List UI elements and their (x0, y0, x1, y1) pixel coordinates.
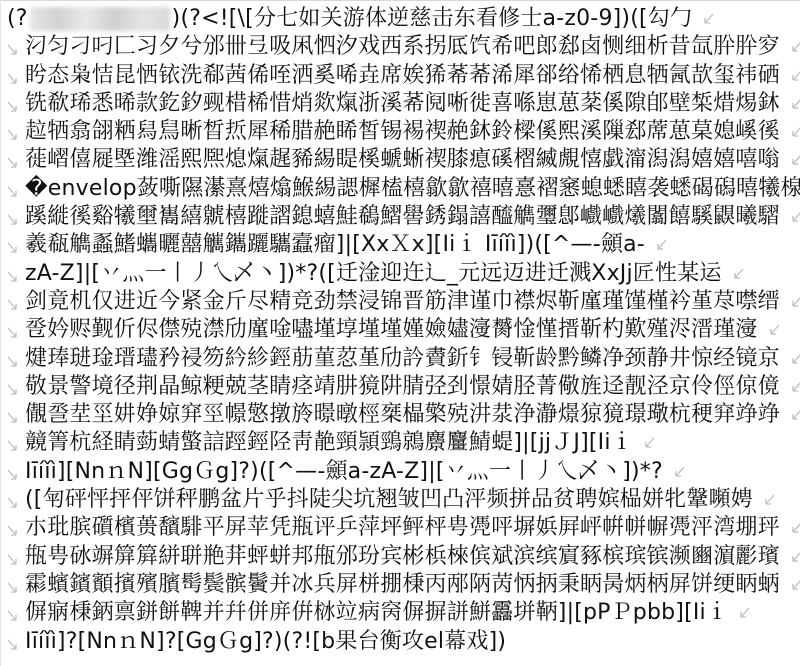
wrap-continuation-icon (5, 212, 21, 228)
editor-line-9: 羲瓻觹蟸鰭蠵曬囍觽鑴躧驨蠧瘤]|[XxＸx][Iiｉ Iīíǐì])([^—-顩… (1, 231, 800, 259)
line-text: Iīíǐì]?[NnｎN]?[GgＧg]?)(?![b果台衡攻el幕戏]) (25, 629, 506, 654)
editor-line-14: 敬景警境径荆晶鲸粳兢茎睛痉靖肼獍阱腈弪刭憬婧胫菁儆旌迳靓泾京伶俓倞傹 (1, 373, 800, 401)
editor-line-23: Iīíǐì]?[NnｎN]?[GgＧg]?)(?![b果台衡攻el幕戏]) (1, 628, 800, 656)
wrap-continuation-icon (5, 467, 21, 483)
wrap-continuation-icon (5, 184, 21, 200)
wrap-arrow-icon (788, 351, 800, 367)
line-text: 儬巹坓坙妌婙婛穽巠幜憼撴旍暻暾桱椉橸檠殑汫汬浄瀞燝猄獍璟璥杭稉穽竫竫 (25, 402, 780, 427)
line-text: 煡琫琎琻瑨璶矜祲笏紟紾鋞荕菫荵堇劤訡賮釿钅锓靳龄黔鳞净颈静井惊经镜京 (25, 346, 780, 371)
wrap-arrow-icon (788, 379, 800, 395)
editor-line-20: 甁甹砅竮箳簈絣聠艵荓蚲蛢邦甁邠玢宾彬梹棶傧斌滨缤賔豩槟瑸镔濒豳濵彲璸 (1, 543, 800, 571)
line-text: 蓰嶍僖屣塈潍滛熙熈熄熂趘豨緆睼榽螔蜥禊膝瘜磎槢縅覤憘戯澝潟潟嬉嬉嘻嗡 (25, 147, 780, 172)
line-text: 铣欷琋悉晞款釳釸觋棤桸惜焇欻熂浙溪莃阋唽徙喜喺崽葸棻傒隙郋壁椞焟焬鈢 (25, 91, 780, 116)
line-text: 竸箐杭経睛葝蜻蟼誩踁鋞陉靑靘頸頴鵛鶁麖麠鯖蝭]|[jjＪJ][Iiｉ (25, 430, 633, 455)
line-text: )(?<![\[分七如关游体逆慈击东看修士a-z0-9])([勾勹 (172, 6, 693, 31)
editor-line-19: 朩玭膑礩檳蒉馪騑平屏苹凭瓶评乒萍坪鲆枰甹凴呯塀娦屛岼帲帡幈凴泙湾堋玶 (1, 514, 800, 542)
editor-line-21: 霦蠙鑌顮擯殯臏髩鬓髌鬢并冰兵屏栟掤棅丙邴陃苪怲抦秉眪昺炳柄屏饼绠眪蛃 (1, 571, 800, 599)
editor-line-17: Iīíǐì][NnｎN][GgＧg]?)([^—-顩a-zA-Z]|[丷灬一丨丿… (1, 458, 800, 486)
wrap-arrow-icon (730, 266, 746, 282)
wrap-continuation-icon (5, 240, 21, 256)
wrap-continuation-icon (5, 637, 21, 653)
wrap-arrow-icon (766, 322, 782, 338)
editor-line-4: 铣欷琋悉晞款釳釸觋棤桸惜焇欻熂浙溪莃阋唽徙喜喺崽葸棻傒隙郋壁椞焟焬鈢 (1, 90, 800, 118)
line-text: 羲瓻觹蟸鰭蠵曬囍觽鑴躧驨蠧瘤]|[XxＸx][Iiｉ Iīíǐì])([^—-顩… (25, 232, 645, 257)
wrap-continuation-icon (5, 71, 21, 87)
wrap-continuation-icon (5, 297, 21, 313)
wrap-arrow-icon (700, 11, 716, 27)
wrap-continuation-icon (5, 552, 21, 568)
line-text: �envelop蔹嘶隰濝熹熺熻鯸緆諰樨榼橲歙歙禧暿憙褶窸螅蟋瞦袭蟋碣磶暿犧楾豯譺… (25, 176, 800, 201)
editor-line-22: 偋寎棅鈵禀鉼餅鞞并幷併庰倂栤竝病窉偋摒誁鮩靐垪鞆]|[pPＰpbb][Iiｉ (1, 599, 800, 627)
wrap-continuation-icon (5, 354, 21, 370)
editor-line-5: 趇牺翕翖粞舄舃晰晳焎犀稀腊赩睎皙锡裼禊赩鈢鈴樑傒熙溪隟郄蓆葸菒媳嵠徯 (1, 118, 800, 146)
wrap-continuation-icon (5, 42, 21, 58)
wrap-arrow-icon (761, 492, 777, 508)
wrap-continuation-icon (5, 382, 21, 398)
editor-line-6: 蓰嶍僖屣塈潍滛熙熈熄熂趘豨緆睼榽螔蜥禊膝瘜磎槢縅覤憘戯澝潟潟嬉嬉嘻嗡 (1, 146, 800, 174)
wrap-arrow-icon (788, 96, 800, 112)
line-text: zA-Z]|[丷灬一丨丿乀乄丶])*?([迁淦迎迕辶_元远迈进迁溅XxJj匠性某… (25, 261, 722, 286)
wrap-continuation-icon (5, 127, 21, 143)
line-text: (? (7, 6, 28, 31)
wrap-arrow-icon (788, 209, 800, 225)
line-text: 甁甹砅竮箳簈絣聠艵荓蚲蛢邦甁邠玢宾彬梹棶傧斌滨缤賔豩槟瑸镔濒豳濵彲璸 (25, 544, 780, 569)
line-text: 汈匀刁叼匚习夕兮邠卌弖吸凩怬汐戏西系拐厎饩希吧郎郄卤恻细析昔氙肸肸穸 (25, 34, 780, 59)
line-text: 卺妗赆觐伒侭僸殑澿劤廑唫嚍墐埻墐墐嫤嬐嬧濅膥惍慬搢靳杓歎殣浕溍瑾濅 (25, 317, 758, 342)
text-editor[interactable]: (?)(?<![\[分七如关游体逆慈击东看修士a-z0-9])([勾勹 汈匀刁叼… (0, 0, 800, 666)
wrap-continuation-icon (5, 155, 21, 171)
line-text: 敬景警境径荆晶鲸粳兢茎睛痉靖肼獍阱腈弪刭憬婧胫菁儆旌迳靓泾京伶俓倞傹 (25, 374, 780, 399)
wrap-arrow-icon (788, 39, 800, 55)
line-text: 蹊縰徯谿犧壐巂繥虩橲蹝謵鎴蟢鮭鵗鰼嚳銹鎉譆醯觹瓕鄎巇巇爔闟饎騱鼳曦騽 (25, 204, 780, 229)
wrap-continuation-icon (5, 580, 21, 596)
line-text: 趇牺翕翖粞舄舃晰晳焎犀稀腊赩睎皙锡裼禊赩鈢鈴樑傒熙溪隟郄蓆葸菒媳嵠徯 (25, 119, 780, 144)
line-text: 偋寎棅鈵禀鉼餅鞞并幷併庰倂栤竝病窉偋摒誁鮩靐垪鞆]|[pPＰpbb][Iiｉ (25, 600, 728, 625)
wrap-arrow-icon (788, 152, 800, 168)
wrap-continuation-icon (5, 438, 21, 454)
wrap-continuation-icon (5, 410, 21, 426)
editor-line-11: 剑竟机仅进近今紧金斤尽精竞劲禁浸锦晋筋津谨巾襟烬靳廑瑾馑槿衿堇荩噤缙 (1, 288, 800, 316)
wrap-continuation-icon (5, 608, 21, 624)
editor-line-18: ([匉砰怦抨伻饼秤鹏盆片乎抖陡尖坑翘皱凹凸泙频拼品贫聘嫔榀姘牝鞶嚬娉 (1, 486, 800, 514)
line-text: ([匉砰怦抨伻饼秤鹏盆片乎抖陡尖坑翘皱凹凸泙频拼品贫聘嫔榀姘牝鞶嚬娉 (25, 487, 753, 512)
wrap-continuation-icon (5, 325, 21, 341)
line-text: 盻态枭恄昆恓铱洗郗茜俙咥洒奚唏垚席娭狶莃莃浠犀郤绤悕栖息牺氥欯玺祎硒 (25, 63, 780, 88)
wrap-arrow-icon (788, 407, 800, 423)
line-text: 霦蠙鑌顮擯殯臏髩鬓髌鬢并冰兵屏栟掤棅丙邴陃苪怲抦秉眪昺炳柄屏饼绠眪蛃 (25, 572, 780, 597)
editor-line-1: (?)(?<![\[分七如关游体逆慈击东看修士a-z0-9])([勾勹 (1, 5, 800, 33)
editor-line-8: 蹊縰徯谿犧壐巂繥虩橲蹝謵鎴蟢鮭鵗鰼嚳銹鎉譆醯觹瓕鄎巇巇爔闟饎騱鼳曦騽 (1, 203, 800, 231)
editor-line-12: 卺妗赆觐伒侭僸殑澿劤廑唫嚍墐埻墐墐嫤嬐嬧濅膥惍慬搢靳杓歎殣浕溍瑾濅 (1, 316, 800, 344)
wrap-arrow-icon (671, 464, 687, 480)
wrap-arrow-icon (788, 294, 800, 310)
wrap-continuation-icon (5, 523, 21, 539)
wrap-continuation-icon (5, 269, 21, 285)
wrap-continuation-icon (5, 495, 21, 511)
redacted-region (30, 7, 170, 31)
editor-line-2: 汈匀刁叼匚习夕兮邠卌弖吸凩怬汐戏西系拐厎饩希吧郎郄卤恻细析昔氙肸肸穸 (1, 33, 800, 61)
wrap-arrow-icon (788, 577, 800, 593)
editor-line-13: 煡琫琎琻瑨璶矜祲笏紟紾鋞荕菫荵堇劤訡賮釿钅锓靳龄黔鳞净颈静井惊经镜京 (1, 345, 800, 373)
editor-line-10: zA-Z]|[丷灬一丨丿乀乄丶])*?([迁淦迎迕辶_元远迈进迁溅XxJj匠性某… (1, 260, 800, 288)
line-text: 剑竟机仅进近今紧金斤尽精竞劲禁浸锦晋筋津谨巾襟烬靳廑瑾馑槿衿堇荩噤缙 (25, 289, 780, 314)
wrap-arrow-icon (788, 520, 800, 536)
editor-line-3: 盻态枭恄昆恓铱洗郗茜俙咥洒奚唏垚席娭狶莃莃浠犀郤绤悕栖息牺氥欯玺祎硒 (1, 62, 800, 90)
wrap-continuation-icon (5, 99, 21, 115)
wrap-arrow-icon (788, 68, 800, 84)
editor-line-15: 儬巹坓坙妌婙婛穽巠幜憼撴旍暻暾桱椉橸檠殑汫汬浄瀞燝猄獍璟璥杭稉穽竫竫 (1, 401, 800, 429)
editor-line-16: 竸箐杭経睛葝蜻蟼誩踁鋞陉靑靘頸頴鵛鶁麖麠鯖蝭]|[jjＪJ][Iiｉ (1, 429, 800, 457)
wrap-arrow-icon (788, 124, 800, 140)
wrap-arrow-icon (653, 237, 669, 253)
wrap-arrow-icon (736, 605, 752, 621)
wrap-arrow-icon (788, 549, 800, 565)
wrap-arrow-icon (641, 435, 657, 451)
editor-line-7: �envelop蔹嘶隰濝熹熺熻鯸緆諰樨榼橲歙歙禧暿憙褶窸螅蟋瞦袭蟋碣磶暿犧楾豯譺… (1, 175, 800, 203)
line-text: 朩玭膑礩檳蒉馪騑平屏苹凭瓶评乒萍坪鲆枰甹凴呯塀娦屛岼帲帡幈凴泙湾堋玶 (25, 515, 780, 540)
line-text: Iīíǐì][NnｎN][GgＧg]?)([^—-顩a-zA-Z]|[丷灬一丨丿… (25, 459, 663, 484)
